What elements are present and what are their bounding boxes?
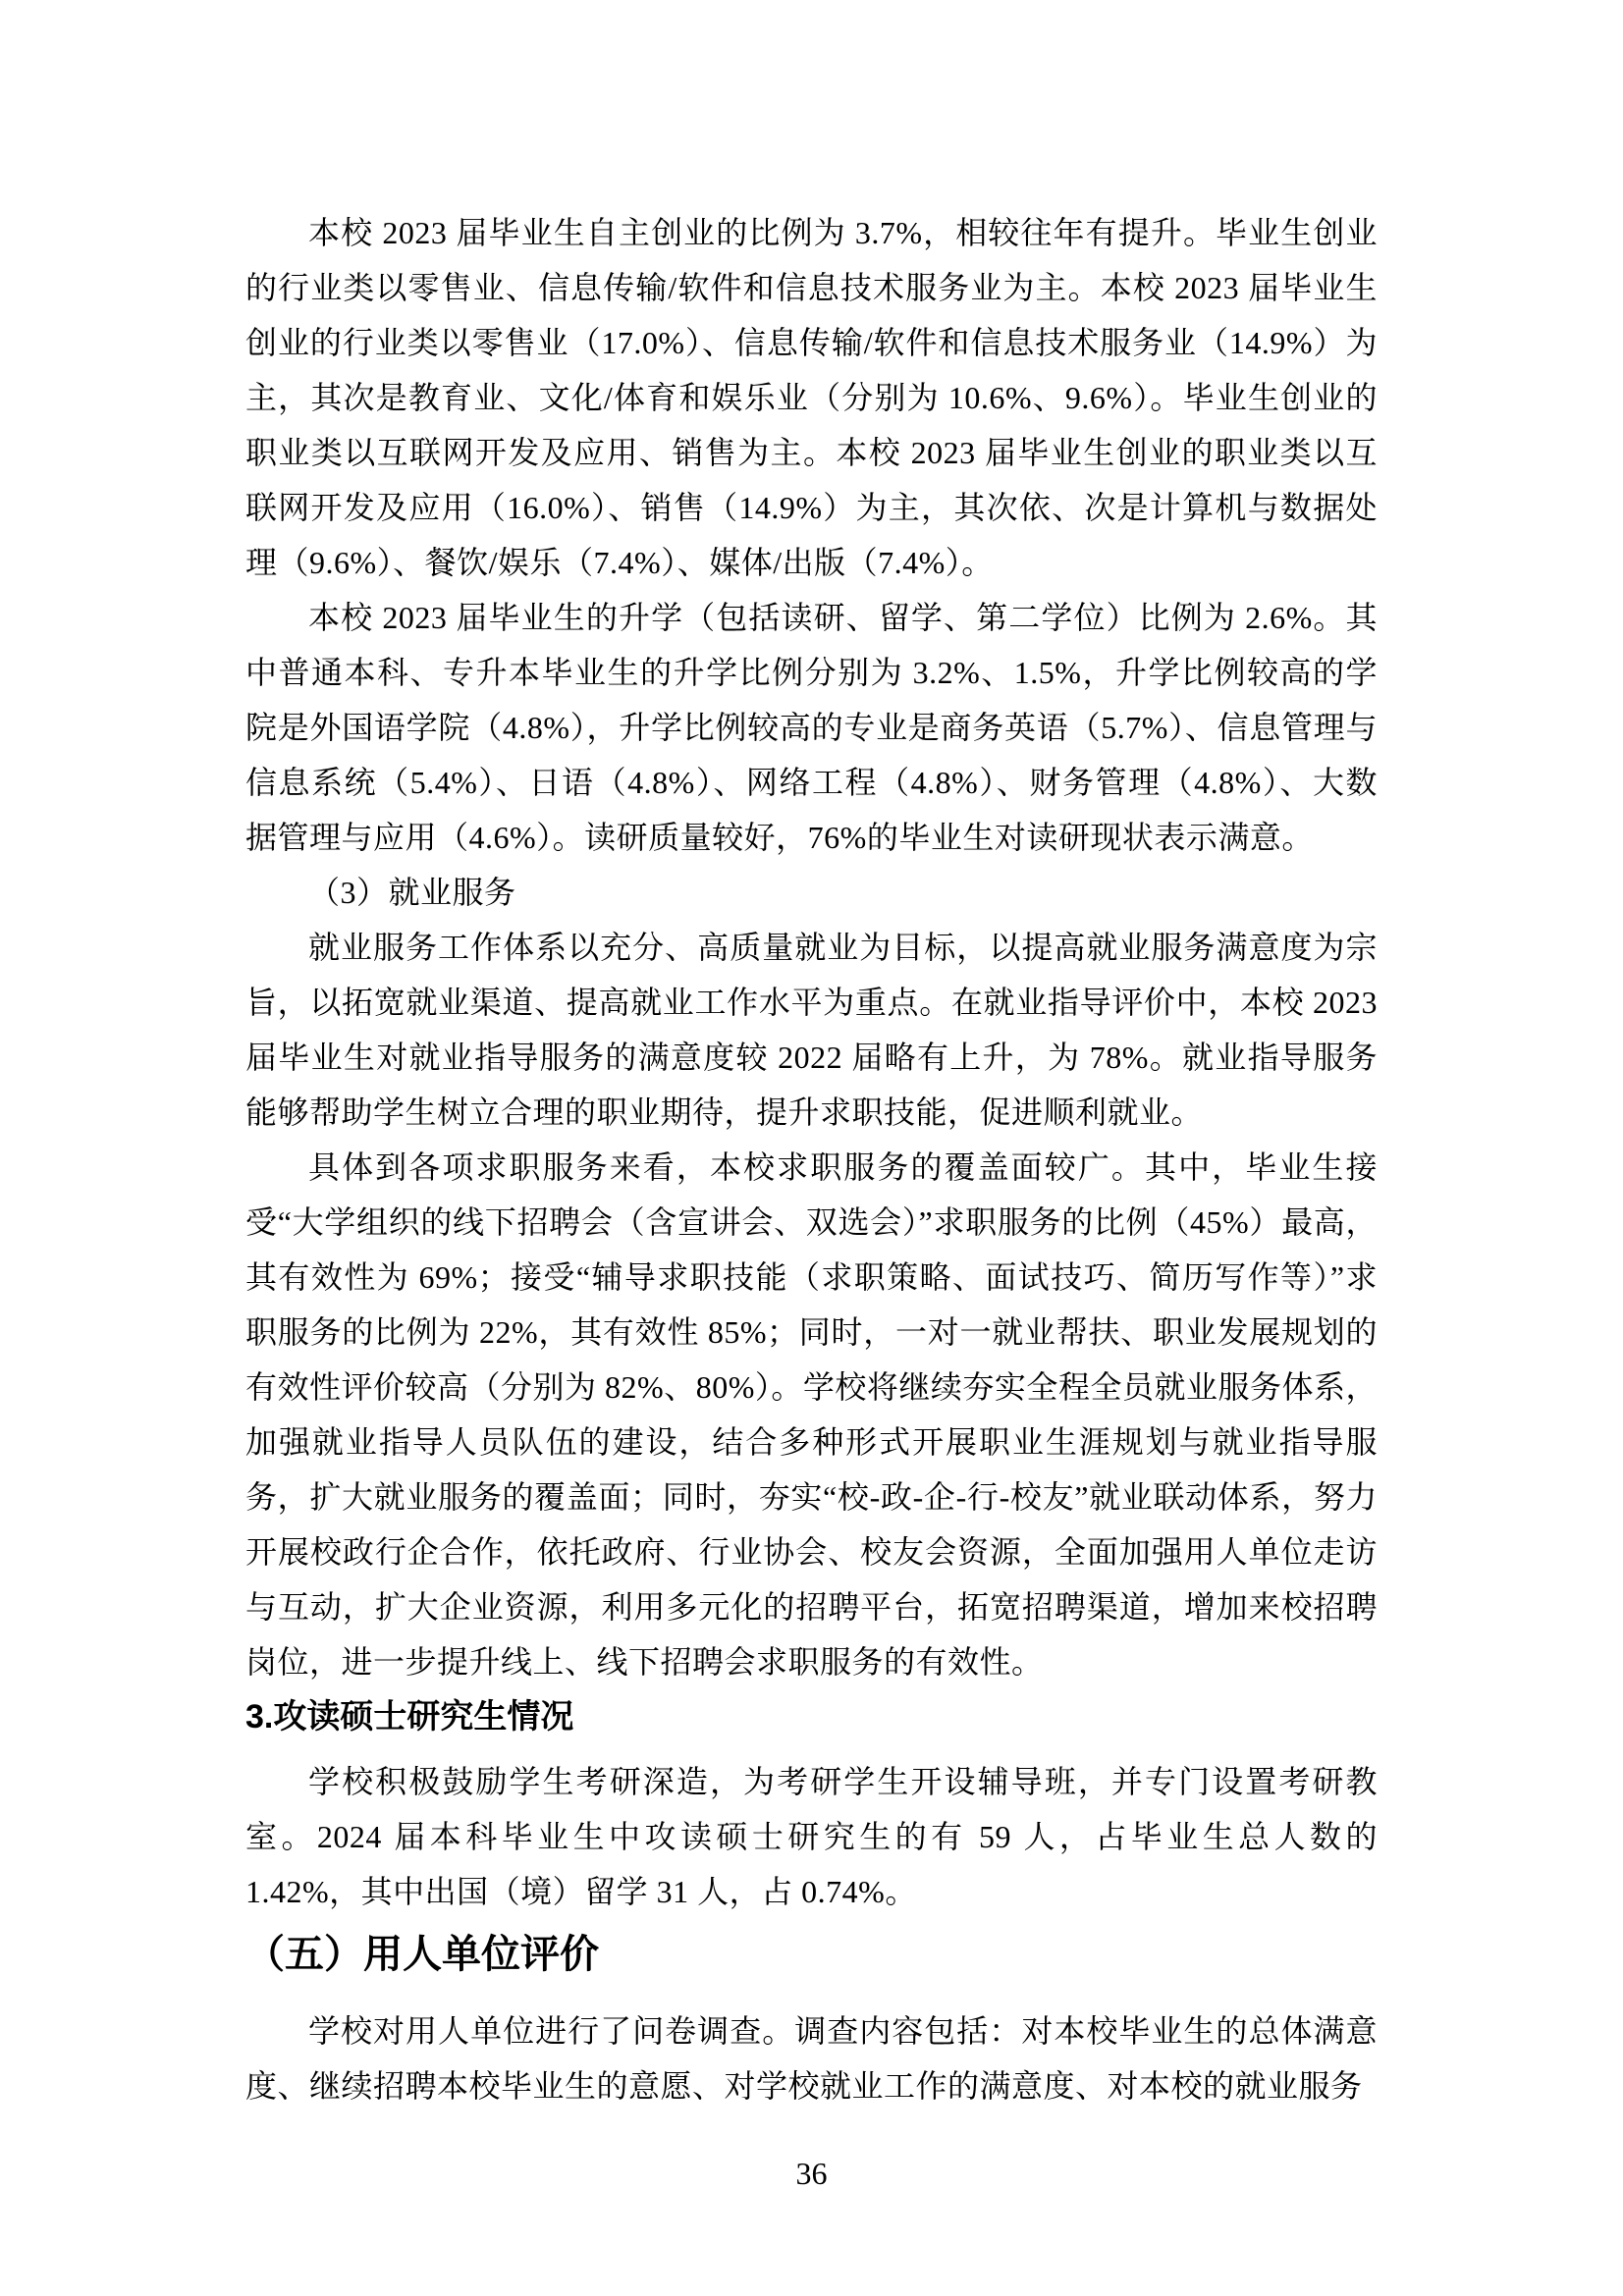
paragraph-postgraduate-stats: 学校积极鼓励学生考研深造，为考研学生开设辅导班，并专门设置考研教室。2024 届…: [245, 1754, 1378, 1919]
subheading-employment-services: （3）就业服务: [245, 865, 1378, 920]
paragraph-entrepreneurship-stats: 本校 2023 届毕业生自主创业的比例为 3.7%，相较往年有提升。毕业生创业的…: [245, 205, 1378, 590]
page-number: 36: [0, 2156, 1623, 2191]
paragraph-employer-survey: 学校对用人单位进行了问卷调查。调查内容包括：对本校毕业生的总体满意度、继续招聘本…: [245, 2003, 1378, 2113]
paragraph-employment-service-system: 就业服务工作体系以充分、高质量就业为目标，以提高就业服务满意度为宗旨，以拓宽就业…: [245, 920, 1378, 1140]
page-content: 本校 2023 届毕业生自主创业的比例为 3.7%，相较往年有提升。毕业生创业的…: [245, 205, 1378, 2113]
paragraph-further-study-stats: 本校 2023 届毕业生的升学（包括读研、留学、第二学位）比例为 2.6%。其中…: [245, 590, 1378, 865]
document-page: 本校 2023 届毕业生自主创业的比例为 3.7%，相较往年有提升。毕业生创业的…: [0, 0, 1623, 2296]
paragraph-job-seeking-services: 具体到各项求职服务来看，本校求职服务的覆盖面较广。其中，毕业生接受“大学组织的线…: [245, 1140, 1378, 1689]
heading-employer-evaluation: （五）用人单位评价: [245, 1923, 1378, 1986]
heading-postgraduate-study: 3.攻读硕士研究生情况: [245, 1689, 1378, 1744]
